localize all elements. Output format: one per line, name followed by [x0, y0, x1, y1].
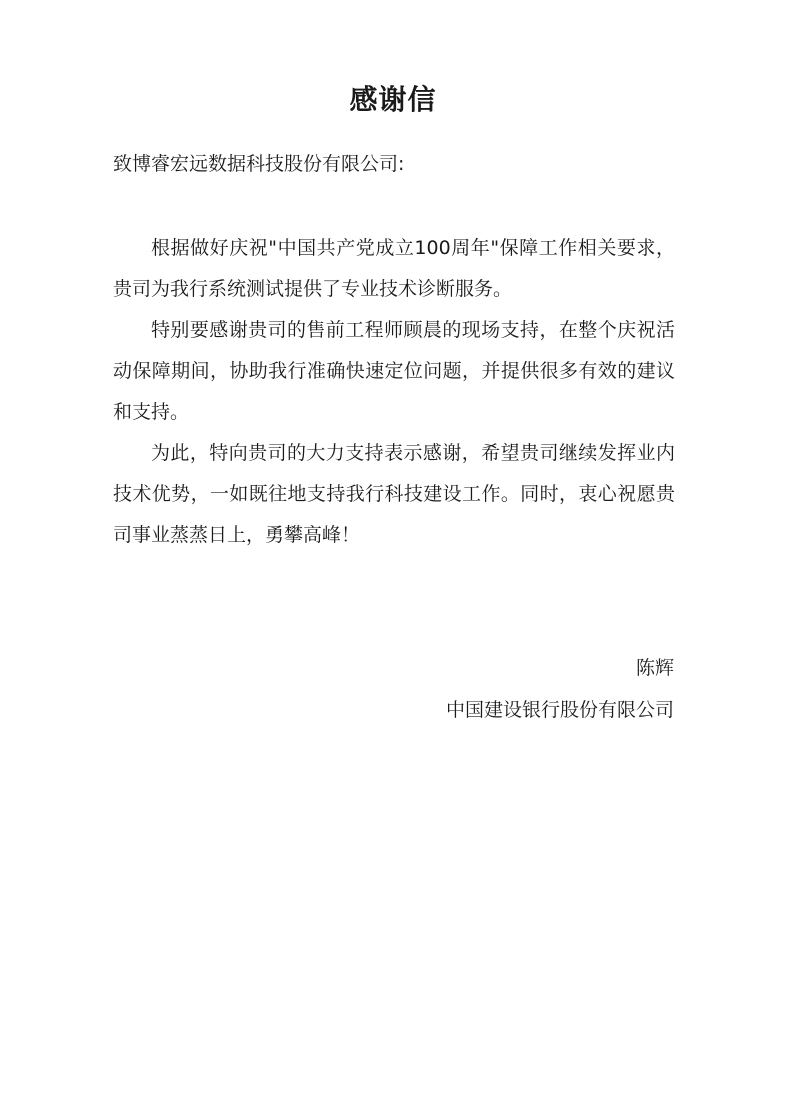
letter-body: 根据做好庆祝"中国共产党成立100周年"保障工作相关要求，贵司为我行系统测试提供…: [113, 228, 675, 556]
letter-salutation: 致博睿宏远数据科技股份有限公司:: [113, 150, 404, 178]
signature-name: 陈辉: [636, 654, 674, 682]
paragraph-3: 为此，特向贵司的大力支持表示感谢，希望贵司继续发挥业内技术优势，一如既往地支持我…: [113, 433, 675, 556]
paragraph-2: 特别要感谢贵司的售前工程师顾晨的现场支持，在整个庆祝活动保障期间，协助我行准确快…: [113, 310, 675, 433]
letter-title: 感谢信: [0, 78, 786, 118]
paragraph-1: 根据做好庆祝"中国共产党成立100周年"保障工作相关要求，贵司为我行系统测试提供…: [113, 228, 675, 310]
signature-organization: 中国建设银行股份有限公司: [446, 696, 674, 724]
